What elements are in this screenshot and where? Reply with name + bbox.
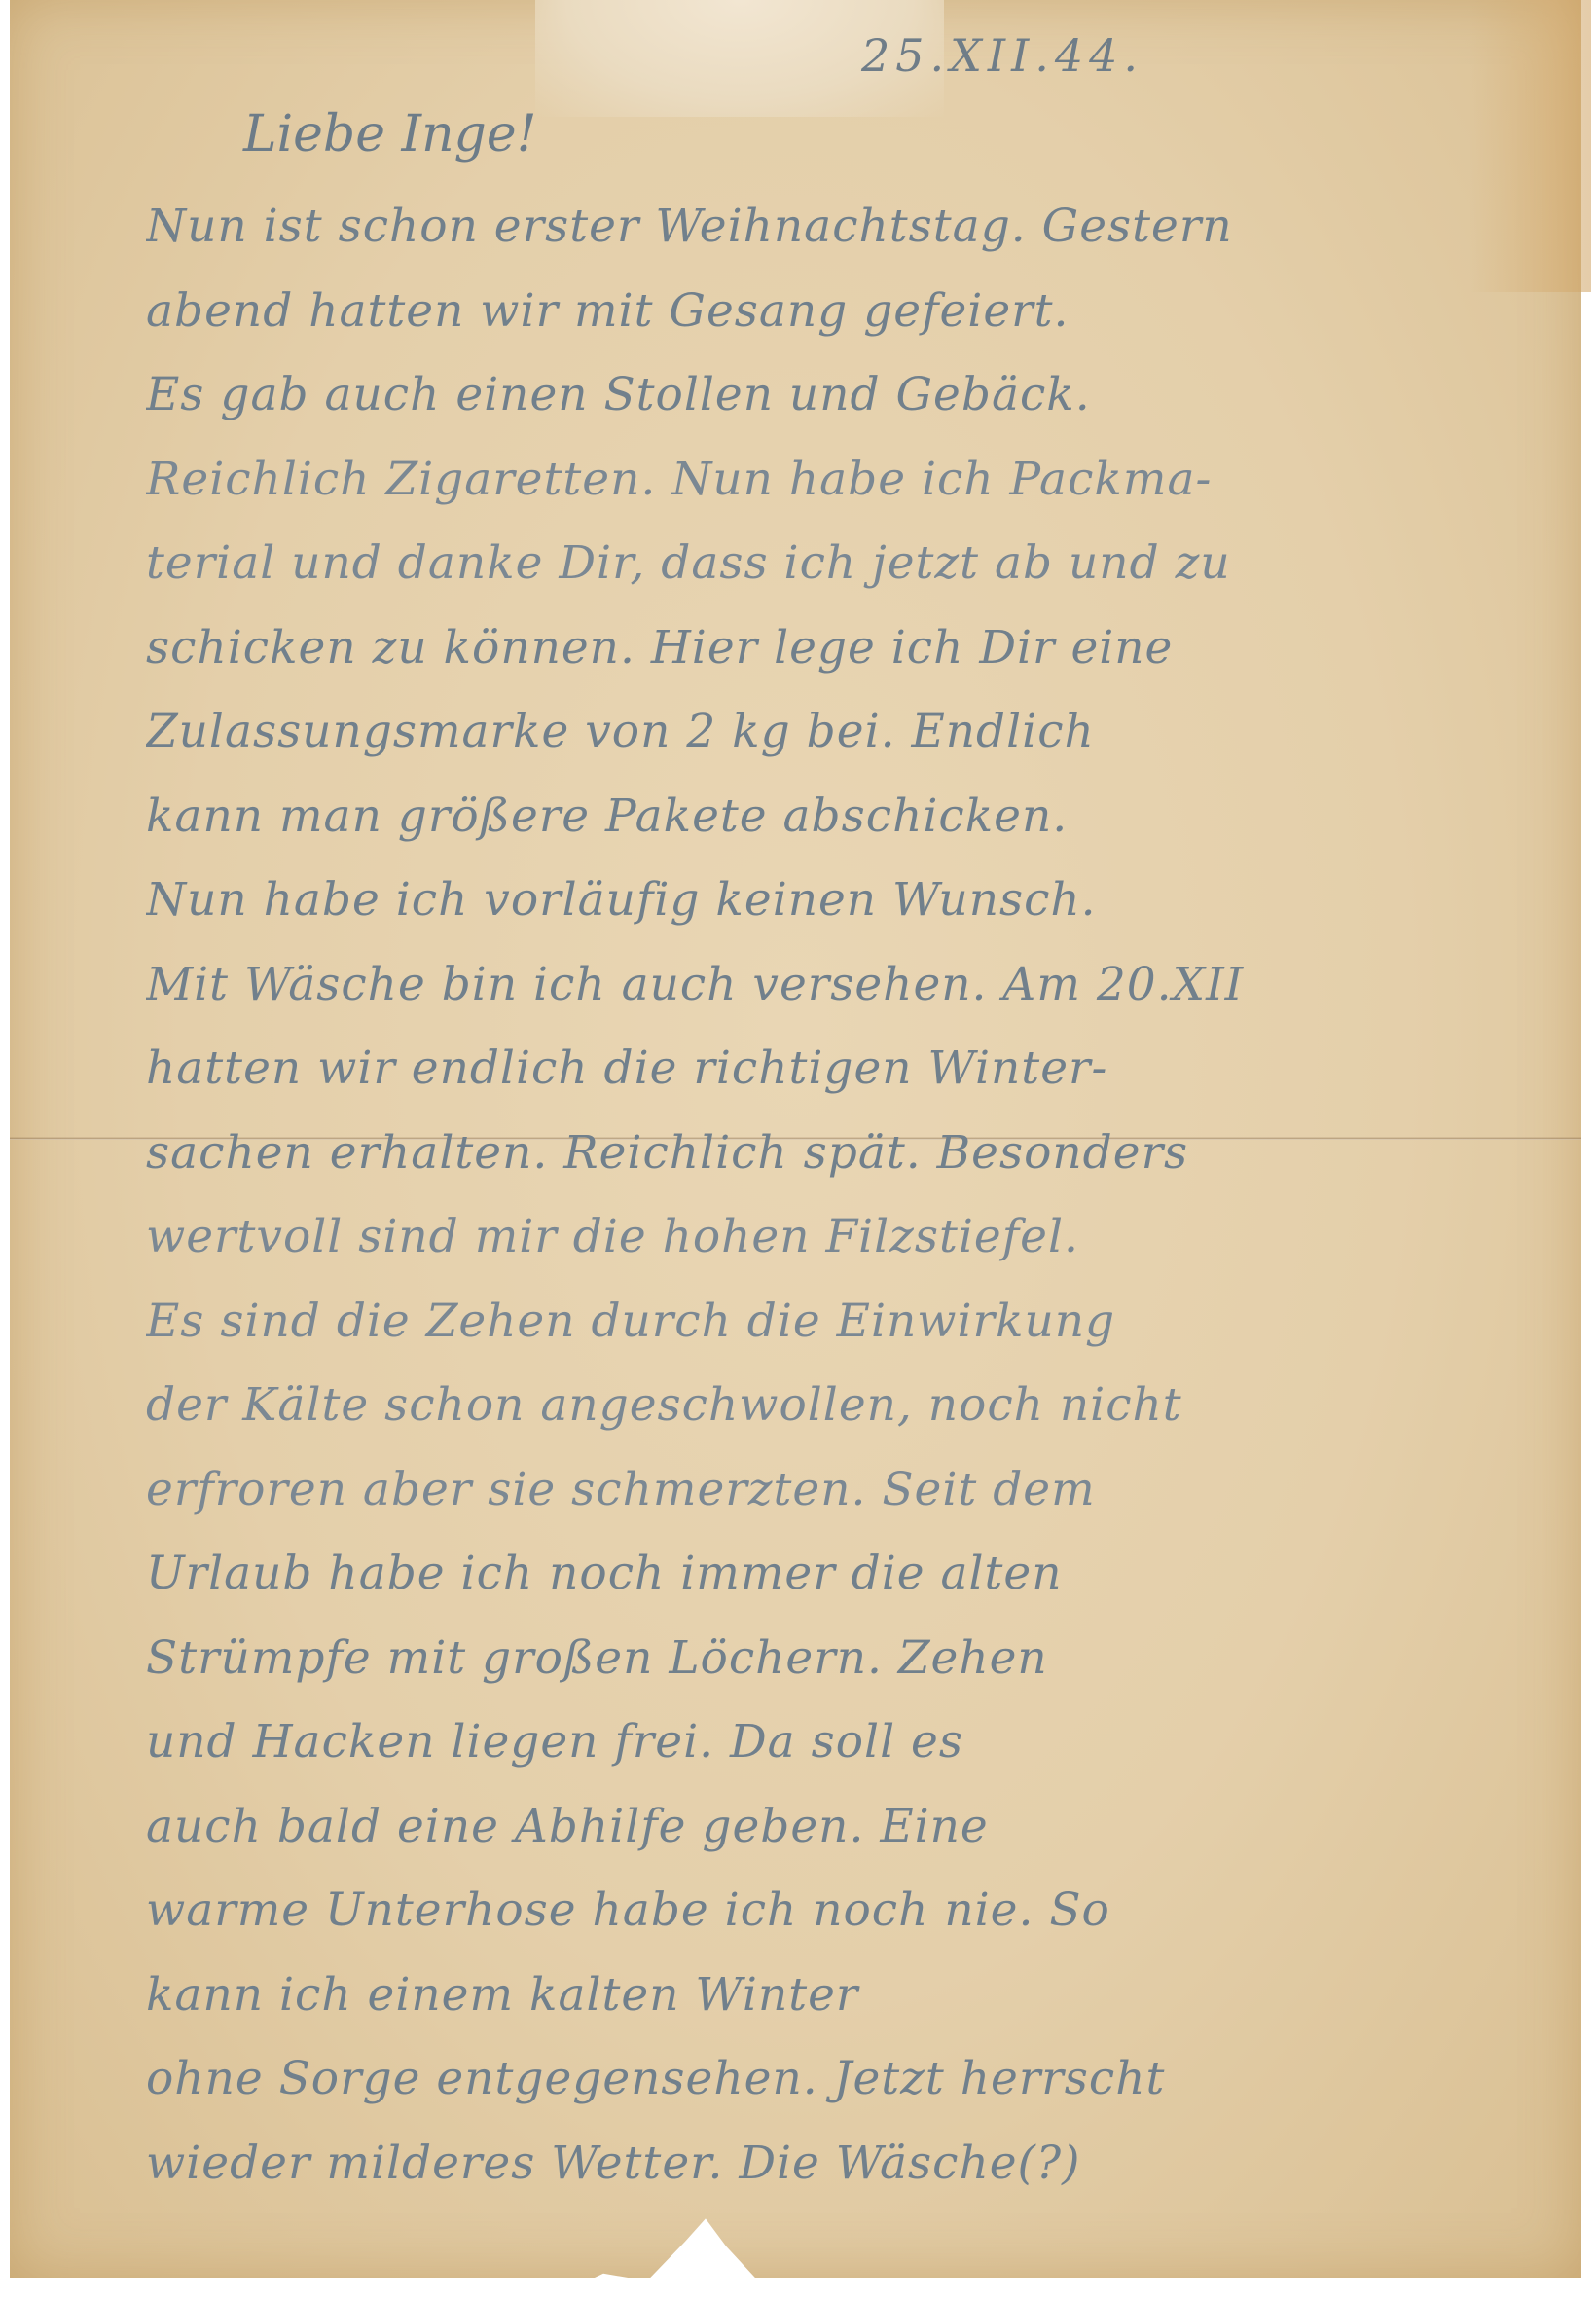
letter-greeting: Liebe Inge! — [243, 105, 537, 164]
letter-line: Mit Wäsche bin ich auch versehen. Am 20.… — [146, 943, 1538, 1028]
letter-line: abend hatten wir mit Gesang gefeiert. — [146, 270, 1538, 354]
letter-line: terial und danke Dir, dass ich jetzt ab … — [146, 522, 1538, 606]
letter-line: ohne Sorge entgegensehen. Jetzt herrscht — [146, 2037, 1538, 2122]
letter-line: auch bald eine Abhilfe geben. Eine — [146, 1785, 1538, 1870]
letter-line: sachen erhalten. Reichlich spät. Besonde… — [146, 1112, 1538, 1196]
letter-line: und Hacken liegen frei. Da soll es — [146, 1700, 1538, 1785]
letter-line: Urlaub habe ich noch immer die alten — [146, 1532, 1538, 1617]
letter-line: Strümpfe mit großen Löchern. Zehen — [146, 1617, 1538, 1701]
letter-line: Nun ist schon erster Weihnachtstag. Gest… — [146, 185, 1538, 270]
letter-line: Zulassungsmarke von 2 kg bei. Endlich — [146, 690, 1538, 775]
letter-line: warme Unterhose habe ich noch nie. So — [146, 1869, 1538, 1954]
letter-date: 25.XII.44. — [861, 29, 1143, 82]
letter-line: der Kälte schon angeschwollen, noch nich… — [146, 1364, 1538, 1448]
letter-line: Nun habe ich vorläufig keinen Wunsch. — [146, 858, 1538, 943]
letter-body: Nun ist schon erster Weihnachtstag. Gest… — [146, 185, 1538, 2206]
letter-line: wieder milderes Wetter. Die Wäsche(?) — [146, 2122, 1538, 2207]
letter-line: hatten wir endlich die richtigen Winter- — [146, 1027, 1538, 1112]
letter-line: Reichlich Zigaretten. Nun habe ich Packm… — [146, 438, 1538, 523]
letter-line: kann ich einem kalten Winter — [146, 1954, 1538, 2038]
letter-line: Es sind die Zehen durch die Einwirkung — [146, 1280, 1538, 1365]
letter-line: Es gab auch einen Stollen und Gebäck. — [146, 353, 1538, 438]
letter-line: erfroren aber sie schmerzten. Seit dem — [146, 1448, 1538, 1533]
letter-line: kann man größere Pakete abschicken. — [146, 775, 1538, 859]
letter-line: wertvoll sind mir die hohen Filzstiefel. — [146, 1195, 1538, 1280]
letter-line: schicken zu können. Hier lege ich Dir ei… — [146, 606, 1538, 691]
